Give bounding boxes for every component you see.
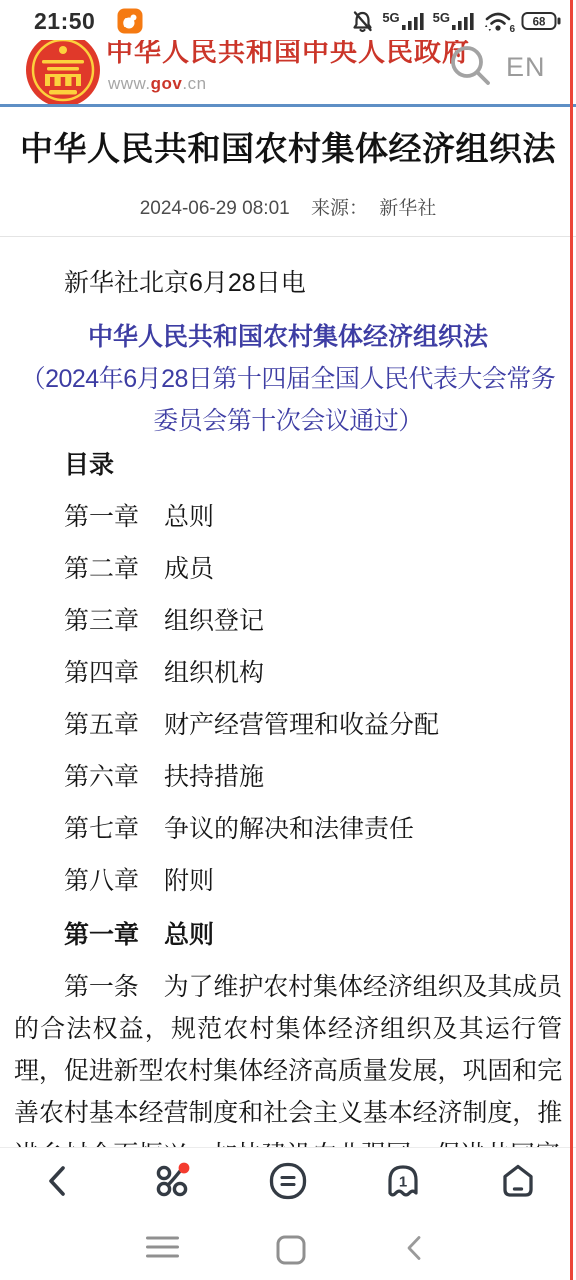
tabs-ghost-icon: 1 xyxy=(382,1161,424,1201)
scroll-indicator-line xyxy=(570,0,573,1280)
svg-text:1: 1 xyxy=(399,1173,407,1190)
toc-item: 第七章 争议的解决和法律责任 xyxy=(14,808,562,850)
site-name[interactable]: 中华人民共和国中央人民政府 xyxy=(106,40,470,69)
browser-toolbar: 1 xyxy=(0,1147,576,1213)
svg-text:68: 68 xyxy=(533,17,546,29)
publish-meta: 2024-06-29 08:01 来源： 新华社 xyxy=(14,197,562,221)
toc-item: 第五章 财产经营管理和收益分配 xyxy=(14,704,562,746)
tabs-button[interactable]: 1 xyxy=(346,1148,461,1213)
toc-heading: 目录 xyxy=(14,444,562,486)
wifi-icon: 6 xyxy=(483,10,513,32)
meta-divider xyxy=(0,236,576,237)
status-bar: 21:50 5G xyxy=(0,0,576,40)
chapter-heading: 第一章 总则 xyxy=(14,914,562,956)
red-dot-badge xyxy=(178,1162,189,1173)
phone-screen: 21:50 5G xyxy=(0,0,576,1280)
site-header: 中华人民共和国中央人民政府 www.gov.cn EN xyxy=(0,40,576,104)
law-title: 中华人民共和国农村集体经济组织法 xyxy=(14,316,562,358)
toc-item: 第六章 扶持措施 xyxy=(14,756,562,798)
bell-muted-icon xyxy=(351,9,374,33)
clock: 21:50 xyxy=(34,8,95,35)
back-button[interactable] xyxy=(0,1148,115,1213)
system-nav-bar xyxy=(0,1213,576,1280)
nav-back-button[interactable] xyxy=(406,1235,422,1261)
home-button[interactable] xyxy=(461,1148,576,1213)
battery-icon: 68 xyxy=(521,11,562,31)
page-title: 中华人民共和国农村集体经济组织法 xyxy=(20,129,556,169)
wifi6-label: 6 xyxy=(509,24,515,35)
article-paragraph: 第一条 为了维护农村集体经济组织及其成员的合法权益，规范农村集体经济组织及其运行… xyxy=(14,966,562,1147)
signal-5g-icon-1: 5G xyxy=(382,12,424,30)
publish-time: 2024-06-29 08:01 xyxy=(140,198,290,219)
browser-logo-icon xyxy=(152,1160,194,1202)
signal-5g-icon-2: 5G xyxy=(433,12,475,30)
source-label: 来源： xyxy=(311,198,368,219)
article-body: 中华人民共和国农村集体经济组织法 2024-06-29 08:01 来源： 新华… xyxy=(0,107,576,1147)
language-toggle[interactable]: EN xyxy=(506,52,546,83)
site-url: www.gov.cn xyxy=(108,74,207,94)
toc-item: 第四章 组织机构 xyxy=(14,652,562,694)
reader-mode-button[interactable] xyxy=(230,1148,345,1213)
toc-item: 第八章 附则 xyxy=(14,860,562,902)
toc-item: 第三章 组织登记 xyxy=(14,600,562,642)
toc-item: 第二章 成员 xyxy=(14,548,562,590)
browser-menu-button[interactable] xyxy=(115,1148,230,1213)
source-name: 新华社 xyxy=(379,198,436,219)
toc-item: 第一章 总则 xyxy=(14,496,562,538)
national-emblem-logo[interactable] xyxy=(24,40,102,104)
app-notification-icon xyxy=(117,8,143,34)
nav-home-button[interactable] xyxy=(276,1235,306,1265)
back-chevron-icon xyxy=(41,1163,75,1199)
dateline: 新华社北京6月28日电 xyxy=(14,262,562,304)
reader-circle-icon xyxy=(268,1161,308,1201)
home-icon xyxy=(497,1161,539,1201)
law-passage-note: （2024年6月28日第十四届全国人民代表大会常务委员会第十次会议通过） xyxy=(14,358,562,442)
nav-menu-button[interactable] xyxy=(146,1235,179,1259)
search-icon[interactable] xyxy=(446,41,494,89)
